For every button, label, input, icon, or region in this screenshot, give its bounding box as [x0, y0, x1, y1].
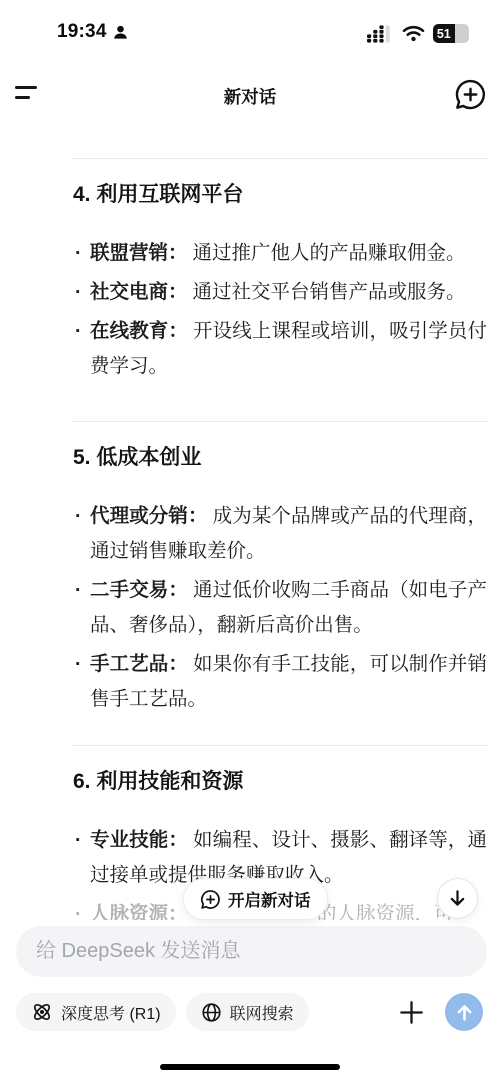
- home-indicator: [160, 1064, 340, 1070]
- section-heading: 6. 利用技能和资源: [73, 769, 487, 794]
- chat-scroll-area[interactable]: 4. 利用互联网平台 联盟营销：通过推广他人的产品赚取佣金。 社交电商：通过社交…: [0, 128, 500, 920]
- list-item: 联盟营销：通过推广他人的产品赚取佣金。: [73, 236, 487, 271]
- message-input[interactable]: [16, 926, 487, 977]
- status-right: 51: [367, 24, 469, 43]
- arrow-down-icon: [447, 888, 468, 909]
- app-header: 新对话: [0, 60, 500, 128]
- list-item: 在线教育：开设线上课程或培训，吸引学员付费学习。: [73, 314, 487, 384]
- battery-nub: [456, 30, 459, 38]
- send-button[interactable]: [445, 993, 483, 1031]
- web-search-label: 联网搜索: [230, 1001, 294, 1024]
- list-item: 社交电商：通过社交平台销售产品或服务。: [73, 275, 487, 310]
- section-heading: 4. 利用互联网平台: [73, 182, 487, 207]
- arrow-up-icon: [454, 1002, 475, 1023]
- composer-area: 深度思考 (R1) 联网搜索: [0, 920, 500, 1084]
- clock: 19:34: [57, 21, 107, 43]
- battery-icon: 51: [433, 24, 469, 43]
- composer-toolbar: 深度思考 (R1) 联网搜索: [16, 993, 483, 1031]
- atom-icon: [31, 1001, 53, 1023]
- page-title: 新对话: [0, 84, 500, 109]
- bullet-list: 代理或分销：成为某个品牌或产品的代理商，通过销售赚取差价。 二手交易：通过低价收…: [73, 499, 487, 717]
- deep-think-label: 深度思考 (R1): [61, 1001, 161, 1024]
- person-icon: [112, 24, 129, 41]
- section-heading: 5. 低成本创业: [73, 445, 487, 470]
- new-chat-bubble-plus-icon: [200, 889, 221, 910]
- list-item: 代理或分销：成为某个品牌或产品的代理商，通过销售赚取差价。: [73, 499, 487, 569]
- deep-think-toggle[interactable]: 深度思考 (R1): [16, 993, 176, 1031]
- list-item: 二手交易：通过低价收购二手商品（如电子产品、奢侈品），翻新后高价出售。: [73, 573, 487, 643]
- scroll-to-bottom-button[interactable]: [437, 878, 478, 919]
- new-chat-bubble-icon[interactable]: [453, 77, 487, 111]
- message-section-4: 4. 利用互联网平台 联盟营销：通过推广他人的产品赚取佣金。 社交电商：通过社交…: [73, 159, 487, 421]
- message-section-5: 5. 低成本创业 代理或分销：成为某个品牌或产品的代理商，通过销售赚取差价。 二…: [73, 422, 487, 745]
- cellular-signal-icon: [367, 25, 394, 43]
- list-item: 手工艺品：如果你有手工技能，可以制作并销售手工艺品。: [73, 647, 487, 717]
- wifi-icon: [402, 25, 425, 42]
- status-bar: 19:34: [0, 0, 500, 60]
- start-new-chat-label: 开启新对话: [228, 887, 311, 911]
- web-search-toggle[interactable]: 联网搜索: [186, 993, 309, 1031]
- deepseek-app-screen: 19:34: [0, 0, 500, 1084]
- bullet-list: 联盟营销：通过推广他人的产品赚取佣金。 社交电商：通过社交平台销售产品或服务。 …: [73, 236, 487, 384]
- plus-icon: [398, 999, 425, 1026]
- globe-icon: [201, 1002, 222, 1023]
- start-new-chat-button[interactable]: 开启新对话: [183, 878, 328, 920]
- attach-plus-button[interactable]: [396, 997, 426, 1027]
- battery-fill: 51: [433, 24, 455, 43]
- status-left: 19:34: [57, 21, 129, 43]
- battery-percent: 51: [437, 27, 451, 41]
